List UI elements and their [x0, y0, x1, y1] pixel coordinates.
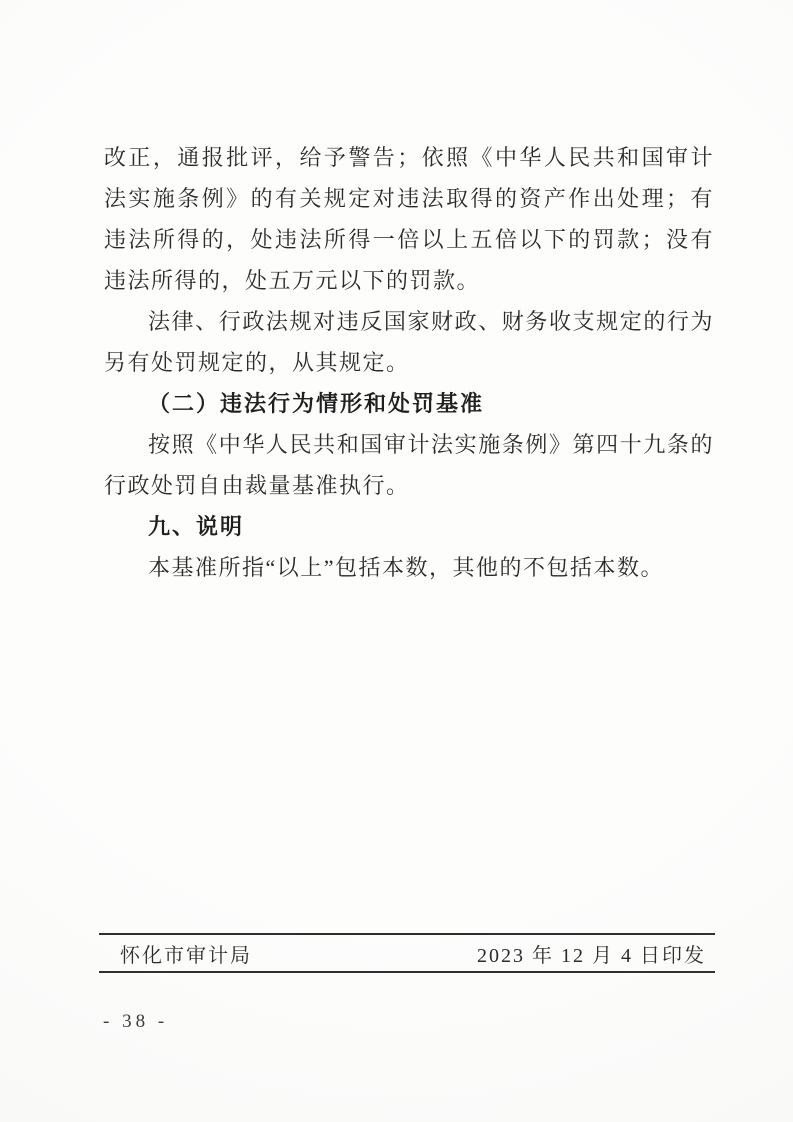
section-heading-penalty-benchmark: （二）违法行为情形和处罚基准 [104, 383, 714, 424]
footer-row: 怀化市审计局 2023 年 12 月 4 日印发 [99, 935, 715, 971]
page-number: - 38 - [103, 1011, 168, 1033]
document-page: 改正，通报批评，给予警告；依照《中华人民共和国审计法实施条例》的有关规定对违法取… [0, 0, 793, 1122]
body-paragraph-continuation: 改正，通报批评，给予警告；依照《中华人民共和国审计法实施条例》的有关规定对违法取… [104, 137, 714, 301]
section-heading-notes: 九、说明 [104, 506, 714, 547]
body-paragraph: 法律、行政法规对违反国家财政、财务收支规定的行为另有处罚规定的，从其规定。 [104, 301, 714, 383]
document-footer: 怀化市审计局 2023 年 12 月 4 日印发 [99, 933, 715, 973]
print-date: 2023 年 12 月 4 日印发 [477, 939, 706, 968]
issuing-agency: 怀化市审计局 [120, 939, 252, 968]
footer-bottom-rule [99, 971, 715, 973]
body-paragraph: 本基准所指“以上”包括本数，其他的不包括本数。 [104, 547, 714, 588]
body-paragraph: 按照《中华人民共和国审计法实施条例》第四十九条的行政处罚自由裁量基准执行。 [104, 424, 714, 506]
document-body: 改正，通报批评，给予警告；依照《中华人民共和国审计法实施条例》的有关规定对违法取… [104, 137, 714, 588]
